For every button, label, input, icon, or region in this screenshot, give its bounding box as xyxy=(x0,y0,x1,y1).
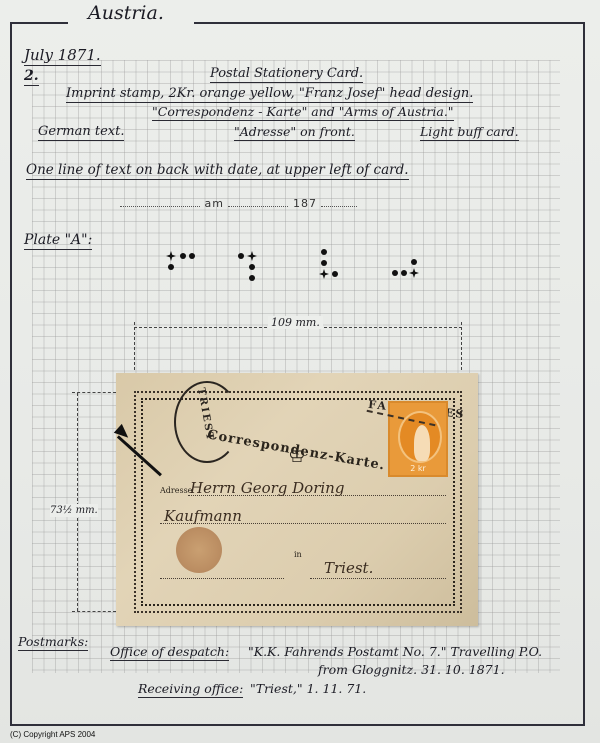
height-dimension-line xyxy=(77,393,78,611)
date-heading: July 1871. xyxy=(24,46,101,66)
despatch-label: Office of despatch: xyxy=(110,644,229,661)
dot-icon xyxy=(392,270,398,276)
address-line-3-left xyxy=(160,578,284,579)
dot-icon xyxy=(321,249,327,255)
plate-label: Plate "A": xyxy=(24,232,92,250)
address-label: Adresse xyxy=(160,486,192,495)
item-title: Postal Stationery Card. xyxy=(210,66,363,83)
address-handwriting-1: Herrn Georg Doring xyxy=(190,479,344,497)
dot-icon xyxy=(189,253,195,259)
address-handwriting-2: Kaufmann xyxy=(164,507,242,525)
card-color: Light buff card. xyxy=(420,124,519,141)
receiving-label: Receiving office: xyxy=(138,681,243,698)
height-dimension-label: 73½ mm. xyxy=(50,504,98,517)
dot-icon xyxy=(332,271,338,277)
back-note: One line of text on back with date, at u… xyxy=(26,162,409,180)
dot-icon xyxy=(180,253,186,259)
dateline-blank-3 xyxy=(321,200,357,207)
stamp-value: 2 kr xyxy=(390,464,446,473)
despatch-value-line-2: from Gloggnitz. 31. 10. 1871. xyxy=(318,662,505,677)
postmarks-label: Postmarks: xyxy=(18,634,88,651)
dot-icon xyxy=(411,259,417,265)
height-dimension-bottom-tick xyxy=(72,611,116,612)
description-line-2: "Correspondenz - Karte" and "Arms of Aus… xyxy=(152,104,454,121)
width-dimension-left-tick xyxy=(134,322,135,370)
dot-icon xyxy=(249,275,255,281)
page-frame-top-right xyxy=(194,22,583,24)
wax-seal-stain xyxy=(176,527,222,573)
address-handwriting-city: Triest. xyxy=(324,559,373,577)
width-dimension-right-tick xyxy=(461,322,462,370)
address-line-3-right xyxy=(310,578,446,579)
dateline-blank-1 xyxy=(120,200,200,207)
franz-josef-head-icon xyxy=(414,425,430,461)
album-page: Austria. July 1871. 2. Postal Stationery… xyxy=(0,0,600,743)
dot-icon xyxy=(238,253,244,259)
in-label: in xyxy=(294,550,302,559)
page-frame-top-left xyxy=(10,22,68,24)
front-text: "Adresse" on front. xyxy=(234,124,355,141)
copyright-notice: (C) Copyright APS 2004 xyxy=(10,730,95,739)
height-dimension-top-tick xyxy=(72,392,116,393)
despatch-value-line-1: "K.K. Fahrends Postamt No. 7." Travellin… xyxy=(248,644,542,659)
dateline-blank-2 xyxy=(228,200,288,207)
dateline-year: 187 xyxy=(293,197,317,210)
dot-icon xyxy=(249,264,255,270)
austrian-arms-icon: ♔ xyxy=(286,443,308,467)
dot-icon xyxy=(168,264,174,270)
postal-stationery-card: TRIEST Correspondenz-Karte. ♔ FAHRENDES … xyxy=(116,373,478,626)
dot-icon xyxy=(401,270,407,276)
receiving-value: "Triest," 1. 11. 71. xyxy=(250,681,366,696)
back-dateline: am 187 xyxy=(120,197,357,210)
dateline-word: am xyxy=(205,197,224,210)
imprint-stamp: 2 kr xyxy=(388,401,448,477)
description-line-1: Imprint stamp, 2Kr. orange yellow, "Fran… xyxy=(66,86,473,103)
dot-icon xyxy=(321,260,327,266)
text-language: German text. xyxy=(38,124,124,141)
item-number: 2. xyxy=(24,68,39,86)
width-dimension-label: 109 mm. xyxy=(268,316,323,329)
country-heading: Austria. xyxy=(88,2,164,24)
